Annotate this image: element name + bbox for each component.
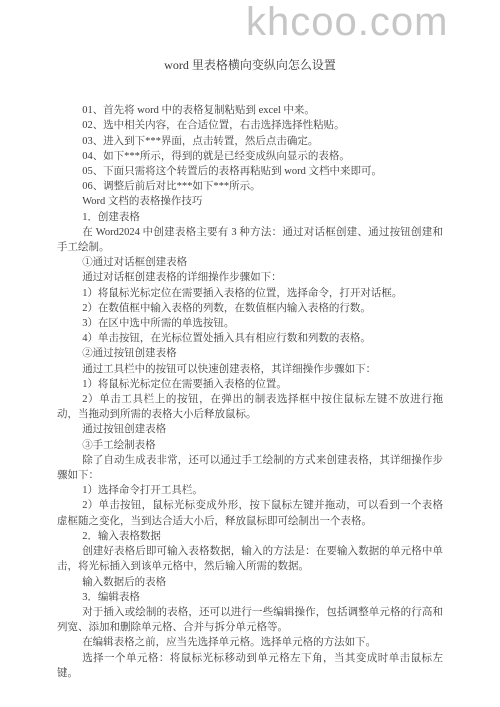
step-item: 3）在区中选中所需的单选按钮。: [57, 316, 443, 331]
step-item: 4）单击按钮，在光标位置处插入具有相应行数和列数的表格。: [57, 331, 443, 346]
body-paragraph: 创建好表格后即可输入表格数据，输入的方法是：在要输入数据的单元格中单击，将光标插…: [57, 544, 443, 574]
circled-heading: ①通过对话框创建表格: [57, 255, 443, 270]
numbered-step: 03、进入到下***界面，点击转置，然后点击确定。: [57, 134, 443, 149]
step-item: 2）单击按钮，鼠标光标变成外形，按下鼠标左键并拖动，可以看到一个表格虚框随之变化…: [57, 498, 443, 528]
page-title: word 里表格横向变纵向怎么设置: [57, 58, 443, 73]
numbered-step: 04、如下***所示，得到的就是已经变成纵向显示的表格。: [57, 149, 443, 164]
numbered-heading: 2．输入表格数据: [57, 529, 443, 544]
section-heading: Word 文档的表格操作技巧: [57, 194, 443, 209]
step-item: 1）将鼠标光标定位在需要插入表格的位置。: [57, 377, 443, 392]
numbered-heading: 3．编辑表格: [57, 590, 443, 605]
caption-line: 通过按钮创建表格: [57, 422, 443, 437]
body-paragraph: 通过工具栏中的按钮可以快速创建表格，其详细操作步骤如下：: [57, 362, 443, 377]
circled-heading: ③手工绘制表格: [57, 438, 443, 453]
body-paragraph: 对于插入或绘制的表格，还可以进行一些编辑操作，包括调整单元格的行高和列宽、添加和…: [57, 605, 443, 635]
document-page: khcoo.com word 里表格横向变纵向怎么设置 01、首先将 word …: [0, 0, 500, 707]
body-paragraph: 在编辑表格之前，应当先选择单元格。选择单元格的方法如下。: [57, 635, 443, 650]
numbered-step: 02、选中相关内容，在合适位置，右击选择选择性粘贴。: [57, 118, 443, 133]
circled-heading: ②通过按钮创建表格: [57, 346, 443, 361]
body-paragraph: 除了自动生成表非常，还可以通过手工绘制的方式来创建表格，其详细操作步骤如下：: [57, 453, 443, 483]
step-item: 1）将鼠标光标定位在需要插入表格的位置，选择命令，打开对话框。: [57, 286, 443, 301]
numbered-step: 06、调整后前后对比***如下***所示。: [57, 179, 443, 194]
body-paragraph: 选择一个单元格：将鼠标光标移动到单元格左下角，当其变成时单击鼠标左键。: [57, 651, 443, 681]
site-watermark: khcoo.com: [246, 2, 448, 42]
numbered-heading: 1．创建表格: [57, 210, 443, 225]
numbered-step: 01、首先将 word 中的表格复制粘贴到 excel 中来。: [57, 103, 443, 118]
numbered-step: 05、下面只需将这个转置后的表格再粘贴到 word 文档中来即可。: [57, 164, 443, 179]
step-item: 2）在数值框中输入表格的列数，在数值框内输入表格的行数。: [57, 301, 443, 316]
body-paragraph: 通过对话框创建表格的详细操作步骤如下：: [57, 270, 443, 285]
body-paragraph: 在 Word2024 中创建表格主要有 3 种方法：通过对话框创建、通过按钮创建…: [57, 225, 443, 255]
document-body: word 里表格横向变纵向怎么设置 01、首先将 word 中的表格复制粘贴到 …: [57, 58, 443, 681]
caption-line: 输入数据后的表格: [57, 575, 443, 590]
step-item: 2）单击工具栏上的按钮，在弹出的制表选择框中按住鼠标左键不放进行拖动，当拖动到所…: [57, 392, 443, 422]
step-item: 1）选择命令打开工具栏。: [57, 483, 443, 498]
